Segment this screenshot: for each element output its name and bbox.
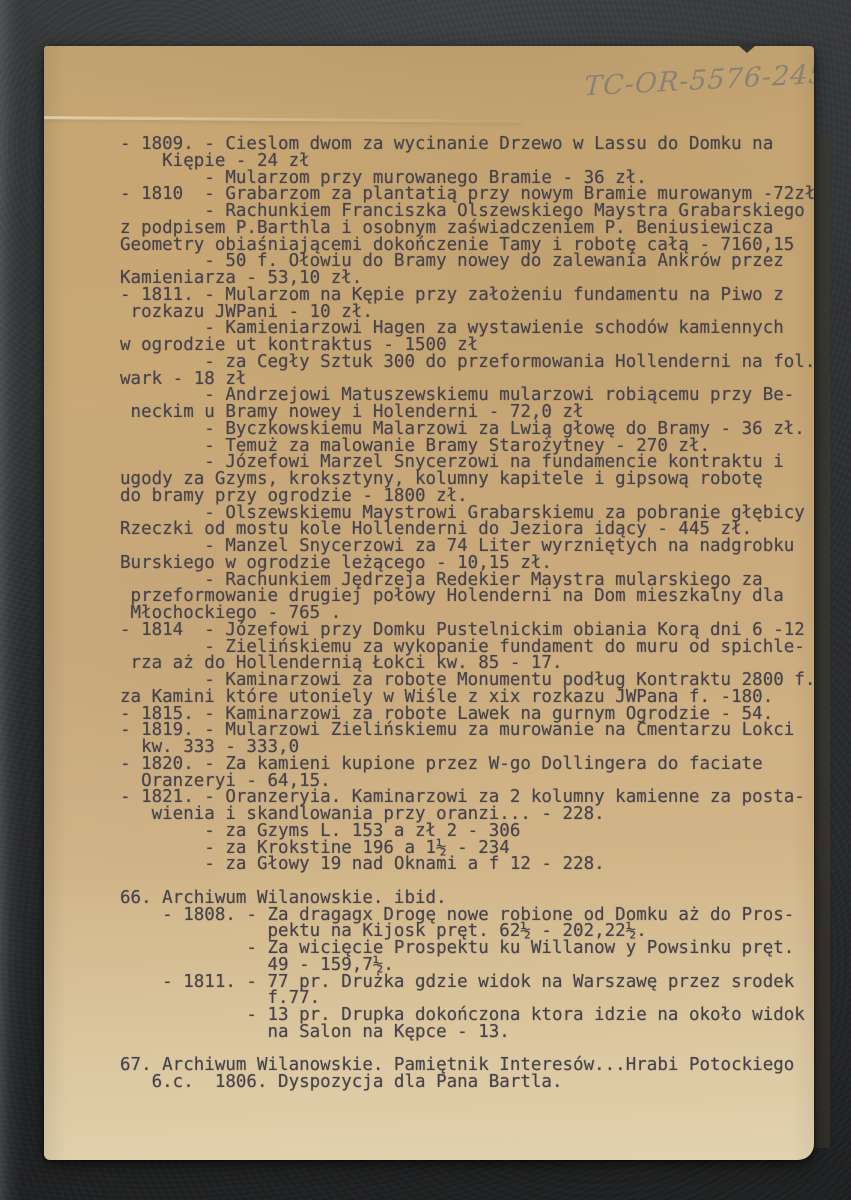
- document-line: - 1811. - Mularzom na Kępie przy założen…: [120, 287, 814, 304]
- document-page: TC-OR-5576-2457. - 1809. - Cieslom dwom …: [44, 46, 814, 1160]
- document-line: na Salon na Kępce - 13.: [120, 1024, 814, 1041]
- document-line: do bramy przy ogrodzie - 1800 zł.: [120, 488, 814, 505]
- document-line: - za Głowy 19 nad Oknami a f 12 - 228.: [120, 856, 814, 873]
- document-line: z podpisem P.Barthla i osobnym zaświadcz…: [120, 220, 814, 237]
- document-line: za Kamini które utoniely w Wiśle z xix r…: [120, 689, 814, 706]
- document-line: 66. Archiwum Wilanowskie. ibid.: [120, 890, 814, 907]
- scan-background: TC-OR-5576-2457. - 1809. - Cieslom dwom …: [0, 0, 851, 1200]
- document-line: 49 - 159,7½.: [120, 957, 814, 974]
- document-line: - za Gzyms L. 153 a zł 2 - 306: [120, 823, 814, 840]
- archive-call-number: TC-OR-5576-245: [583, 59, 814, 103]
- document-line: - za Cegły Sztuk 300 do przeformowania H…: [120, 354, 814, 371]
- document-line: - 1814 - Józefowi przy Domku Pustelnicki…: [120, 622, 814, 639]
- document-line: - Byczkowskiemu Malarzowi za Lwią głowę …: [120, 421, 814, 438]
- document-line: - 1820. - Za kamieni kupione przez W-go …: [120, 756, 814, 773]
- top-edge-notch: [739, 46, 755, 53]
- fold-crease: [44, 116, 521, 123]
- document-line: Kiępie - 24 zł: [120, 153, 814, 170]
- handwritten-annotation: TC-OR-5576-2457.: [583, 57, 814, 103]
- document-text: - 1809. - Cieslom dwom za wycinanie Drze…: [120, 136, 814, 1091]
- document-line: 6.c. 1806. Dyspozycja dla Pana Bartla.: [120, 1074, 814, 1091]
- document-line: Burskiego w ogrodzie leżącego - 10,15 zł…: [120, 555, 814, 572]
